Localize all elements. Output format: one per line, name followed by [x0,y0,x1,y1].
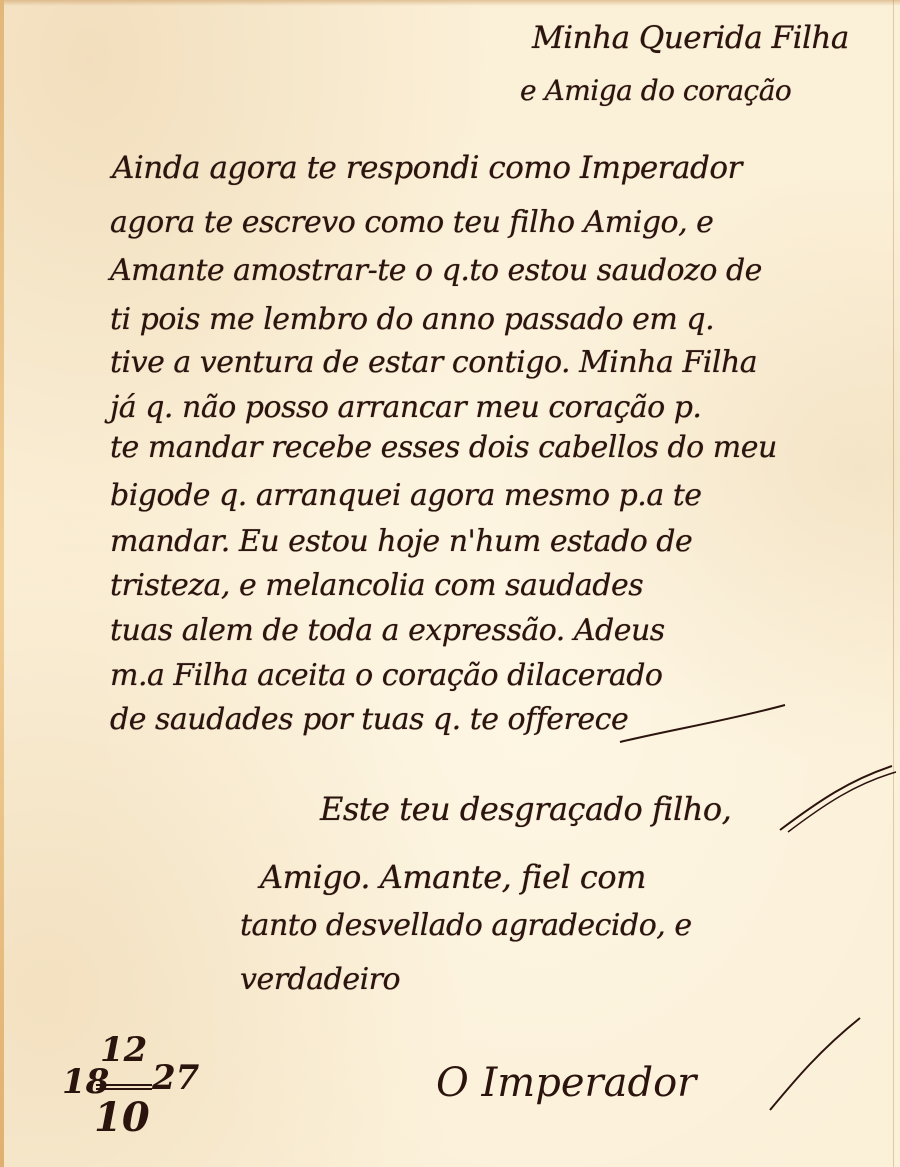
body-line: bigode q. arranquei agora mesmo p.a te [110,478,702,513]
salutation-line: Minha Querida Filha [532,20,849,56]
closing-line: Amigo. Amante, fiel com [260,858,646,896]
date-fraction-rule [96,1084,152,1086]
body-line: Ainda agora te respondi como Imperador [112,150,742,186]
body-line: m.a Filha aceita o coração dilacerado [110,658,662,693]
body-line: ti pois me lembro do anno passado em q. [110,302,714,337]
body-line: mandar. Eu estou hoje n'hum estado de [110,524,692,559]
filho-flourish [660,760,900,840]
signature-flourish [760,1010,870,1120]
flourish-decoration [610,700,790,760]
body-line: agora te escrevo como teu filho Amigo, e [110,205,713,240]
date-day: 12 [100,1030,147,1070]
body-line: de saudades por tuas q. te offerece [110,702,628,737]
signature: O Imperador [436,1060,696,1106]
body-line: Amante amostrar-te o q.to estou saudozo … [110,253,762,288]
date-month: 10 [94,1094,150,1141]
body-line: já q. não posso arrancar meu coração p. [110,390,701,425]
closing-line: verdadeiro [240,962,400,997]
paper-edge-left [0,0,4,1167]
paper-edge-right [893,0,894,1167]
body-line: tuas alem de toda a expressão. Adeus [110,613,665,648]
salutation-line: e Amiga do coração [520,74,791,107]
closing-line: tanto desvellado agradecido, e [240,908,692,943]
letter-page: Minha Querida Filha e Amiga do coração A… [0,0,900,1167]
paper-edge-top [0,0,900,6]
body-line: tristeza, e melancolia com saudades [110,568,643,603]
date-fraction-rule [96,1088,152,1090]
date-year: 27 [152,1058,199,1098]
body-line: tive a ventura de estar contigo. Minha F… [110,345,757,380]
body-line: te mandar recebe esses dois cabellos do … [110,430,777,465]
